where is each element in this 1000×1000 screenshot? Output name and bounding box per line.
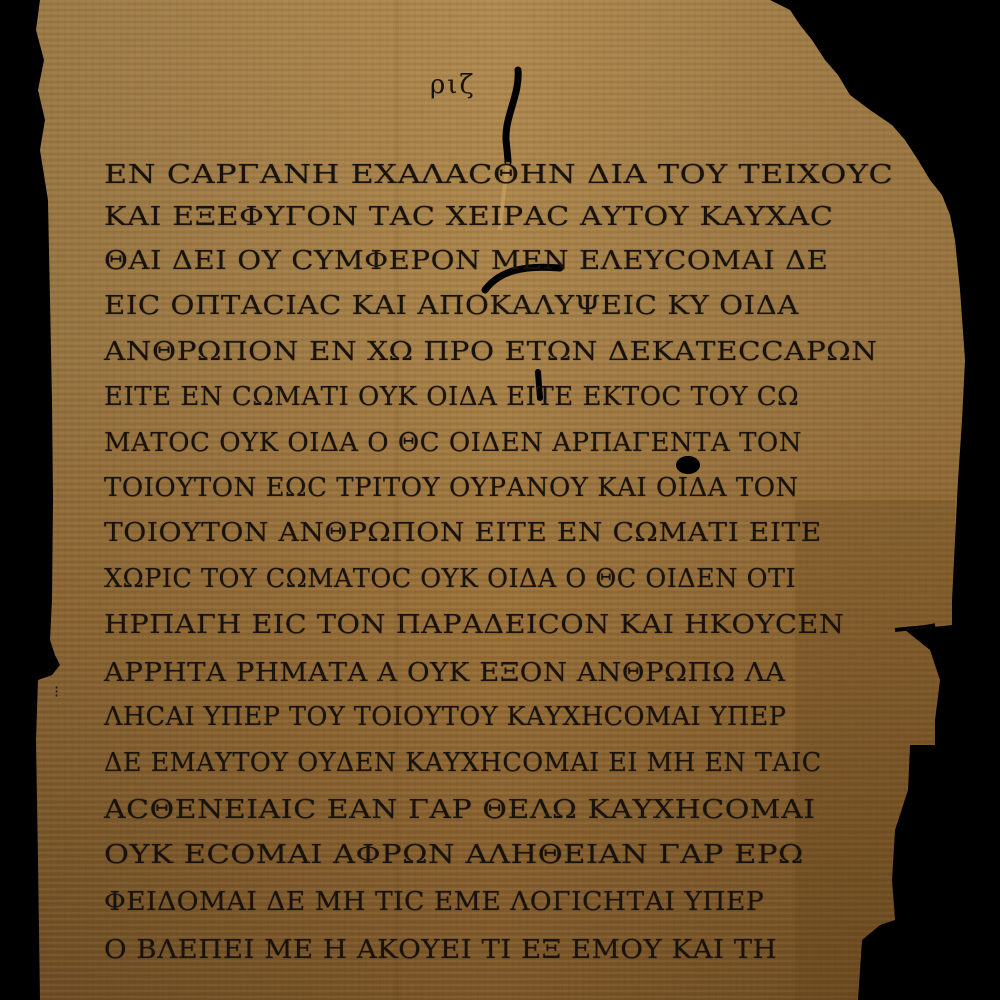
- text-line: ΤΟΙΟΥΤΟΝ ΕΩϹ ΤΡΙΤΟΥ ΟΥΡΑΝΟΥ ΚΑΙ ΟΙΔΑ ΤΟΝ: [104, 473, 799, 503]
- text-line: ΗΡΠΑΓΗ ΕΙϹ ΤΟΝ ΠΑΡΑΔΕΙϹΟΝ ΚΑΙ ΗΚΟΥϹΕΝ: [104, 610, 844, 640]
- text-line: ΧΩΡΙϹ ΤΟΥ ϹΩΜΑΤΟϹ ΟΥΚ ΟΙΔΑ Ο ΘϹ ΟΙΔΕΝ ΟΤ…: [104, 564, 796, 594]
- text-line: ΛΗϹΑΙ ΥΠΕΡ ΤΟΥ ΤΟΙΟΥΤΟΥ ΚΑΥΧΗϹΟΜΑΙ ΥΠΕΡ: [104, 702, 786, 732]
- page-number: ριζ: [430, 70, 476, 100]
- margin-mark: ⁝: [54, 682, 59, 701]
- text-line: ΕΝ ϹΑΡΓΑΝΗ ΕΧΑΛΑϹΘΗΝ ΔΙΑ ΤΟΥ ΤΕΙΧΟΥϹ: [104, 160, 893, 190]
- text-line: ΚΑΙ ΕΞΕΦΥΓΟΝ ΤΑϹ ΧΕΙΡΑϹ ΑΥΤΟΥ ΚΑΥΧΑϹ: [104, 202, 833, 232]
- text-line: ΑΡΡΗΤΑ ΡΗΜΑΤΑ Α ΟΥΚ ΕΞΟΝ ΑΝΘΡΩΠΩ ΛΑ: [104, 658, 786, 688]
- text-line: ΕΙΤΕ ΕΝ ϹΩΜΑΤΙ ΟΥΚ ΟΙΔΑ ΕΙΤΕ ΕΚΤΟϹ ΤΟΥ Ϲ…: [104, 382, 799, 412]
- text-line: ΤΟΙΟΥΤΟΝ ΑΝΘΡΩΠΟΝ ΕΙΤΕ ΕΝ ϹΩΜΑΤΙ ΕΙΤΕ: [104, 518, 822, 548]
- text-line: ΦΕΙΔΟΜΑΙ ΔΕ ΜΗ ΤΙϹ ΕΜΕ ΛΟΓΙϹΗΤΑΙ ΥΠΕΡ: [104, 887, 764, 917]
- photograph: ριζ ΕΝ ϹΑΡΓΑΝΗ ΕΧΑΛΑϹΘΗΝ ΔΙΑ ΤΟΥ ΤΕΙΧΟΥϹ…: [0, 0, 1000, 1000]
- manuscript-text: ριζ ΕΝ ϹΑΡΓΑΝΗ ΕΧΑΛΑϹΘΗΝ ΔΙΑ ΤΟΥ ΤΕΙΧΟΥϹ…: [0, 0, 1000, 1000]
- text-line: ΜΑΤΟϹ ΟΥΚ ΟΙΔΑ Ο ΘϹ ΟΙΔΕΝ ΑΡΠΑΓΕΝΤΑ ΤΟΝ: [104, 428, 802, 458]
- text-line: ΟΥΚ ΕϹΟΜΑΙ ΑΦΡΩΝ ΑΛΗΘΕΙΑΝ ΓΑΡ ΕΡΩ: [104, 840, 804, 870]
- text-line: ΑΝΘΡΩΠΟΝ ΕΝ ΧΩ ΠΡΟ ΕΤΩΝ ΔΕΚΑΤΕϹϹΑΡΩΝ: [104, 337, 878, 367]
- text-line: ΘΑΙ ΔΕΙ ΟΥ ϹΥΜΦΕΡΟΝ ΜΕΝ ΕΛΕΥϹΟΜΑΙ ΔΕ: [104, 246, 829, 276]
- text-line: ΑϹΘΕΝΕΙΑΙϹ ΕΑΝ ΓΑΡ ΘΕΛΩ ΚΑΥΧΗϹΟΜΑΙ: [104, 795, 816, 825]
- text-line: Ο ΒΛΕΠΕΙ ΜΕ Η ΑΚΟΥΕΙ ΤΙ ΕΞ ΕΜΟΥ ΚΑΙ ΤΗ: [104, 935, 777, 965]
- text-line: ΔΕ ΕΜΑΥΤΟΥ ΟΥΔΕΝ ΚΑΥΧΗϹΟΜΑΙ ΕΙ ΜΗ ΕΝ ΤΑΙ…: [104, 748, 822, 778]
- text-line: ΕΙϹ ΟΠΤΑϹΙΑϹ ΚΑΙ ΑΠΟΚΑΛΥΨΕΙϹ ΚΥ ΟΙΔΑ: [104, 291, 799, 321]
